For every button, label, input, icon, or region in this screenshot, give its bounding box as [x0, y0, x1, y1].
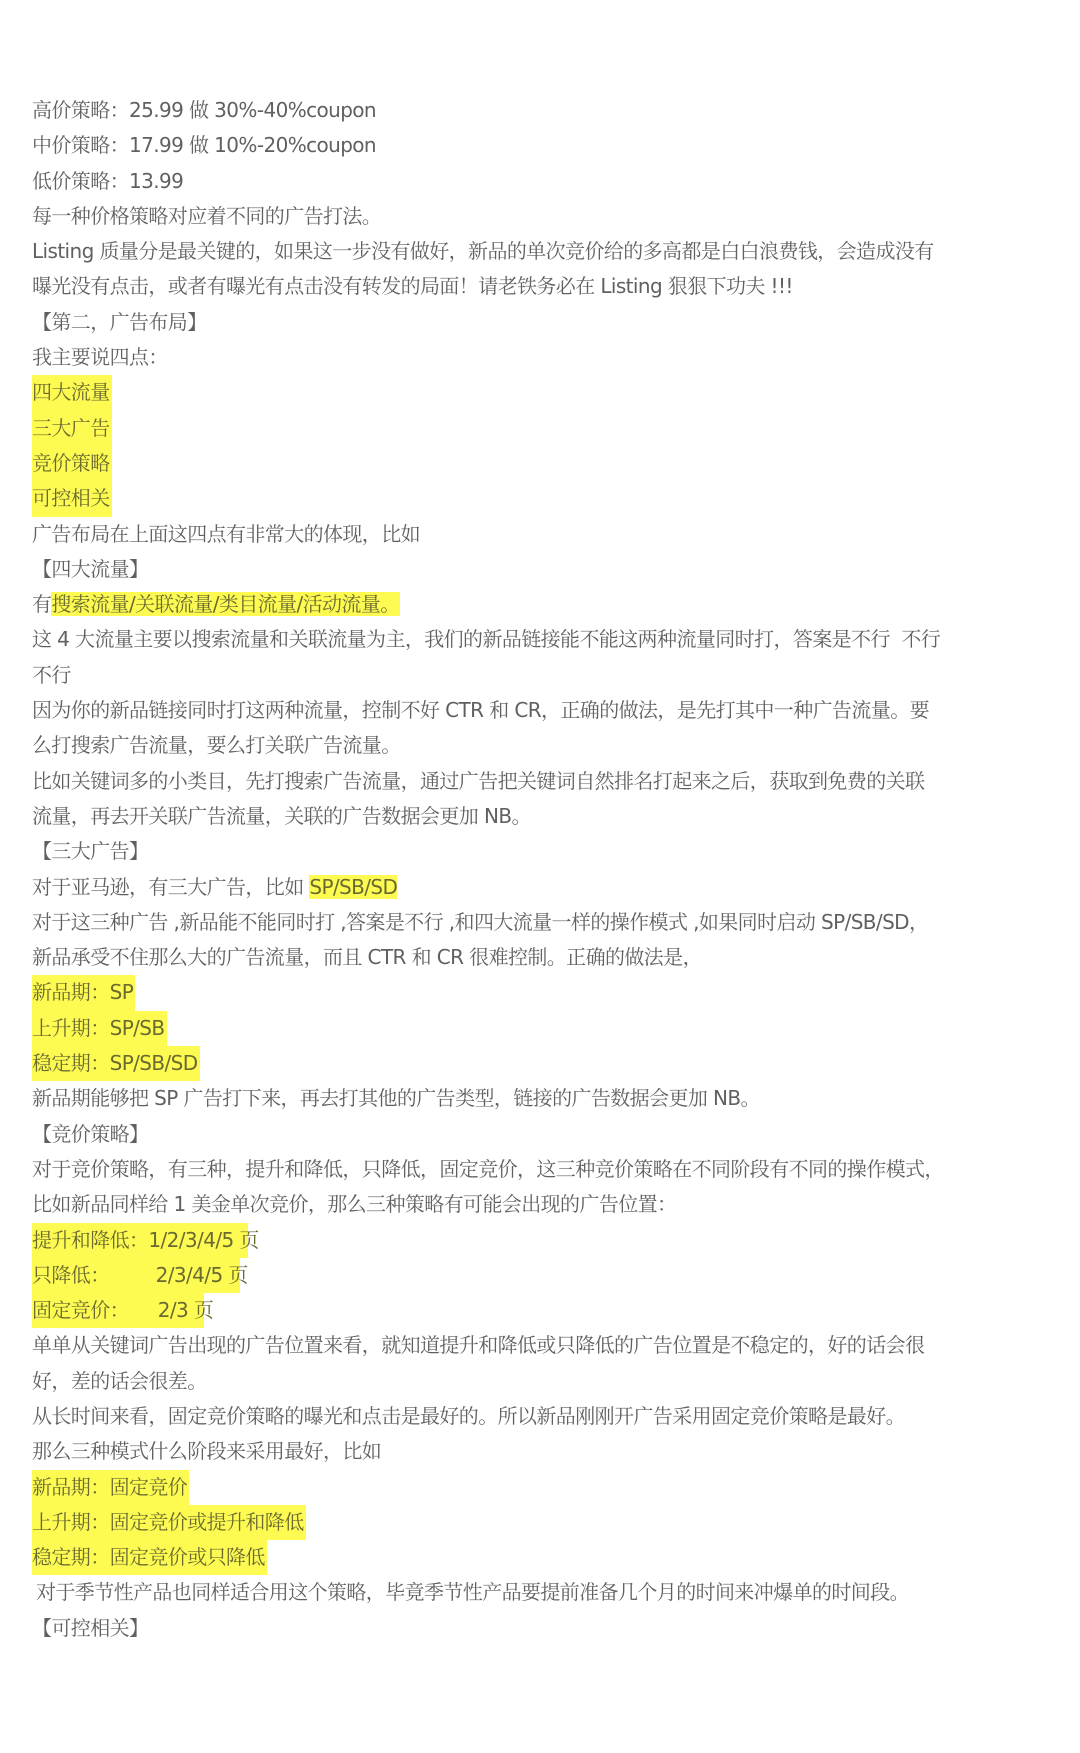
article-body: 高价策略：25.99 做 30%-40%coupon 中价策略：17.99 做 … — [32, 93, 1032, 1646]
bidding-p2-line-2: 好，差的话会很差。 — [32, 1364, 1032, 1399]
ads-conclusion: 新品期能够把 SP 广告打下来，再去打其他的广告类型，链接的广告数据会更加 NB… — [32, 1081, 1032, 1116]
ads-stage: 上升期：SP/SB — [32, 1011, 167, 1046]
section-summary: 广告布局在上面这四点有非常大的体现，比如 — [32, 517, 1032, 552]
bidding-p2-line-1: 单单从关键词广告出现的广告位置来看，就知道提升和降低或只降低的广告位置是不稳定的… — [32, 1328, 1032, 1363]
ads-intro: 对于亚马逊，有三大广告，比如 SP/SB/SD — [32, 870, 1032, 905]
section-heading-controllable: 【可控相关】 — [32, 1611, 1032, 1646]
bidding-position: 提升和降低：1/2/3/4/5 页 — [32, 1223, 248, 1258]
ads-stage: 新品期：SP — [32, 975, 135, 1010]
key-point: 三大广告 — [32, 411, 112, 446]
bidding-stage: 上升期：固定竞价或提升和降低 — [32, 1505, 306, 1540]
traffic-p1-line-2: 不行 — [32, 658, 1032, 693]
bidding-p4: 那么三种模式什么阶段来采用最好，比如 — [32, 1434, 1032, 1469]
traffic-types: 有搜索流量/关联流量/类目流量/活动流量。 — [32, 587, 1032, 622]
traffic-p3-line-1: 比如关键词多的小类目，先打搜索广告流量，通过广告把关键词自然排名打起来之后，获取… — [32, 764, 1032, 799]
bidding-stage: 新品期：固定竞价 — [32, 1470, 189, 1505]
traffic-types-highlight: 搜索流量/关联流量/类目流量/活动流量。 — [51, 592, 399, 616]
bidding-position: 固定竞价： 2/3 页 — [32, 1293, 204, 1328]
listing-paragraph-line-2: 曝光没有点击，或者有曝光有点击没有转发的局面！请老铁务必在 Listing 狠狠… — [32, 269, 1032, 304]
bidding-p1-line-1: 对于竞价策略，有三种，提升和降低，只降低，固定竞价，这三种竞价策略在不同阶段有不… — [32, 1152, 1032, 1187]
pricing-note: 每一种价格策略对应着不同的广告打法。 — [32, 199, 1032, 234]
bidding-p3: 从长时间来看，固定竞价策略的曝光和点击是最好的。所以新品刚刚开广告采用固定竞价策… — [32, 1399, 1032, 1434]
section-heading-ad-layout: 【第二，广告布局】 — [32, 305, 1032, 340]
bidding-seasonal: 对于季节性产品也同样适合用这个策略，毕竟季节性产品要提前准备几个月的时间来冲爆单… — [32, 1575, 1032, 1610]
bidding-positions-list: 提升和降低：1/2/3/4/5 页 只降低： 2/3/4/5 页 固定竞价： 2… — [32, 1223, 1032, 1329]
key-point: 竞价策略 — [32, 446, 112, 481]
key-points-list: 四大流量 三大广告 竞价策略 可控相关 — [32, 375, 1032, 516]
pricing-high: 高价策略：25.99 做 30%-40%coupon — [32, 93, 1032, 128]
traffic-p1-line-1: 这 4 大流量主要以搜索流量和关联流量为主，我们的新品链接能不能这两种流量同时打… — [32, 622, 1032, 657]
traffic-p2-line-1: 因为你的新品链接同时打这两种流量，控制不好 CTR 和 CR，正确的做法，是先打… — [32, 693, 1032, 728]
traffic-p3-line-2: 流量，再去开关联广告流量，关联的广告数据会更加 NB。 — [32, 799, 1032, 834]
ads-intro-text: 对于亚马逊，有三大广告，比如 — [32, 875, 309, 899]
pricing-mid: 中价策略：17.99 做 10%-20%coupon — [32, 128, 1032, 163]
pricing-low: 低价策略：13.99 — [32, 164, 1032, 199]
bidding-position: 只降低： 2/3/4/5 页 — [32, 1258, 240, 1293]
section-heading-traffic: 【四大流量】 — [32, 552, 1032, 587]
bidding-stages-list: 新品期：固定竞价 上升期：固定竞价或提升和降低 稳定期：固定竞价或只降低 — [32, 1470, 1032, 1576]
ads-stages-list: 新品期：SP 上升期：SP/SB 稳定期：SP/SB/SD — [32, 975, 1032, 1081]
ads-p1-line-1: 对于这三种广告 ,新品能不能同时打 ,答案是不行 ,和四大流量一样的操作模式 ,… — [32, 905, 1032, 940]
traffic-p2-line-2: 么打搜索广告流量，要么打关联广告流量。 — [32, 728, 1032, 763]
section-heading-bidding: 【竞价策略】 — [32, 1117, 1032, 1152]
section-heading-ads: 【三大广告】 — [32, 834, 1032, 869]
traffic-prefix: 有 — [32, 592, 51, 616]
key-point: 可控相关 — [32, 481, 112, 516]
key-point: 四大流量 — [32, 375, 112, 410]
listing-paragraph-line-1: Listing 质量分是最关键的，如果这一步没有做好，新品的单次竞价给的多高都是… — [32, 234, 1032, 269]
ads-stage: 稳定期：SP/SB/SD — [32, 1046, 200, 1081]
ads-types-highlight: SP/SB/SD — [309, 875, 397, 899]
bidding-p1-line-2: 比如新品同样给 1 美金单次竞价，那么三种策略有可能会出现的广告位置： — [32, 1187, 1032, 1222]
bidding-stage: 稳定期：固定竞价或只降低 — [32, 1540, 267, 1575]
section-intro: 我主要说四点： — [32, 340, 1032, 375]
ads-p1-line-2: 新品承受不住那么大的广告流量，而且 CTR 和 CR 很难控制。正确的做法是， — [32, 940, 1032, 975]
